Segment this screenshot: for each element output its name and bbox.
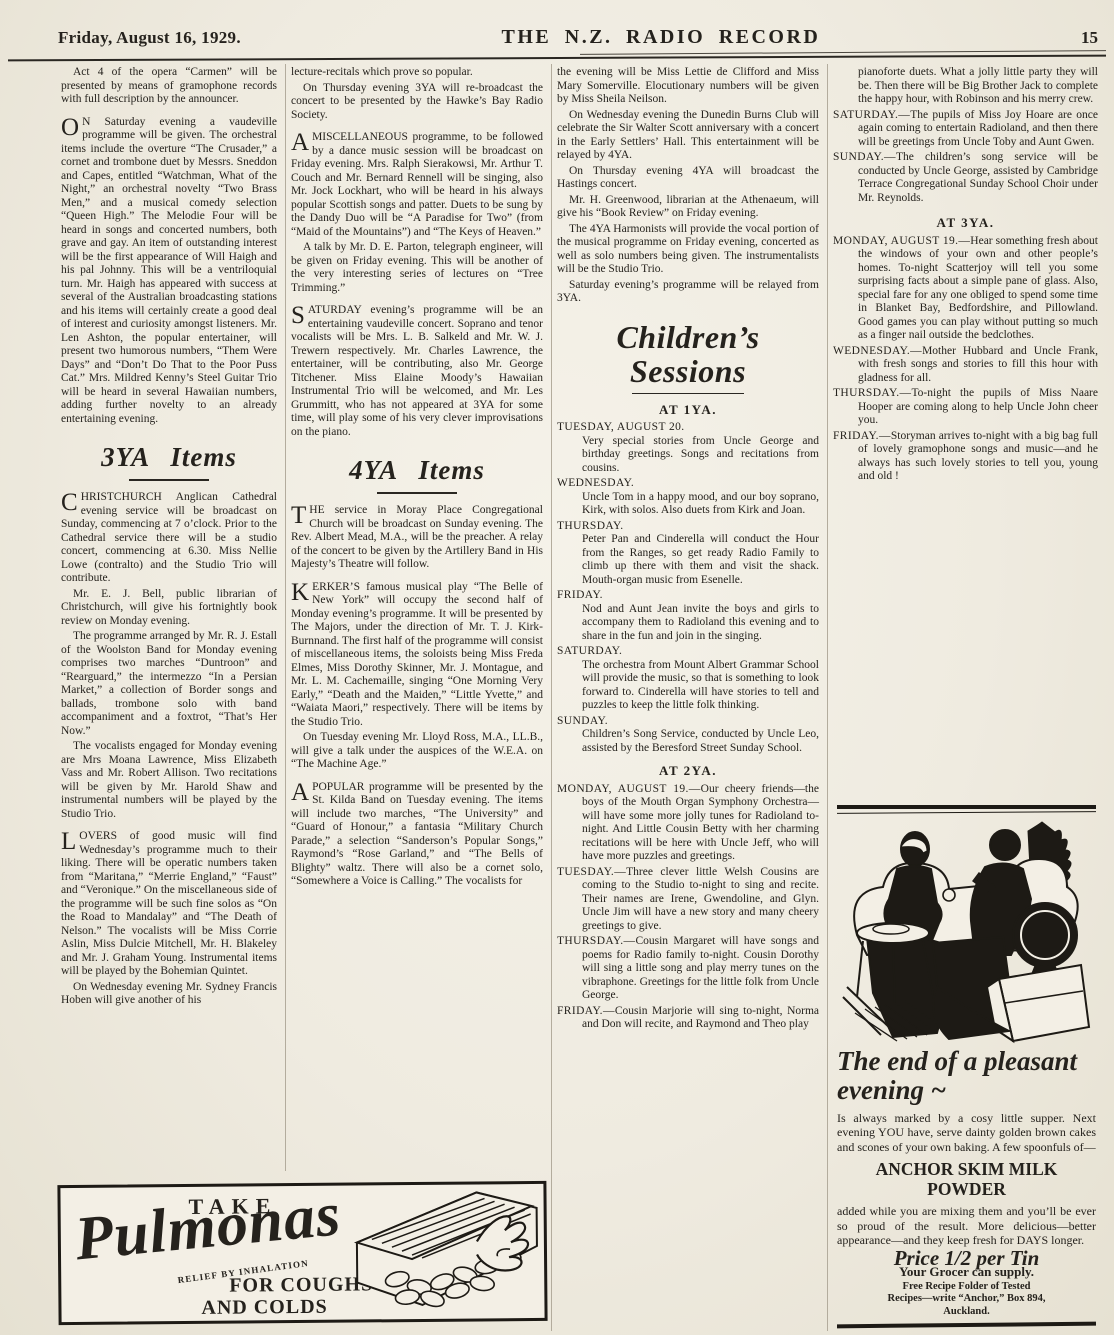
article-paragraph: A POPULAR programme will be presented by… — [291, 781, 543, 889]
article-paragraph: ON Saturday evening a vaudeville program… — [61, 116, 277, 427]
publication-title: THE N.Z. RADIO RECORD — [241, 26, 1081, 49]
session-day-label: MONDAY, AUGUST 19.— — [557, 783, 701, 795]
paragraph-text: ERKER’S famous musical play “The Belle o… — [291, 581, 543, 728]
article-paragraph: On Thursday evening 4YA will broadcast t… — [557, 165, 819, 192]
section-heading-3ya: 3YA Items — [61, 442, 277, 472]
session-text: Hear something fresh about the windows o… — [858, 235, 1098, 342]
article-paragraph: LOVERS of good music will find Wednesday… — [61, 830, 277, 979]
section-heading-4ya: 4YA Items — [291, 455, 543, 485]
childrens-sessions-heading: Children’s Sessions — [557, 320, 819, 388]
session-day-label: TUESDAY.— — [557, 866, 626, 878]
heading-rule — [632, 393, 744, 394]
article-paragraph: On Wednesday evening the Dunedin Burns C… — [557, 109, 819, 163]
article-paragraph: On Thursday evening 3YA will re-broadcas… — [291, 82, 543, 123]
anchor-price: Price 1/2 per Tin — [837, 1252, 1096, 1266]
session-day-label: WEDNESDAY.— — [833, 345, 922, 357]
session-entry: TUESDAY, AUGUST 20.Very special stories … — [557, 421, 819, 475]
session-entry: WEDNESDAY.—Mother Hubbard and Uncle Fran… — [833, 345, 1098, 386]
paragraph-text: MISCELLANEOUS programme, to be followed … — [291, 131, 543, 238]
session-entry: SUNDAY.Children’s Song Service, conducte… — [557, 715, 819, 756]
session-entry: THURSDAY.Peter Pan and Cinderella will c… — [557, 520, 819, 588]
paragraph-text: POPULAR programme will be presented by t… — [291, 781, 543, 888]
article-paragraph: Mr. E. J. Bell, public librarian of Chri… — [61, 588, 277, 629]
drop-cap: C — [61, 491, 81, 513]
session-entry: SUNDAY.—The children’s song service will… — [833, 151, 1098, 205]
session-entry: MONDAY, AUGUST 19.—Hear something fresh … — [833, 235, 1098, 343]
column-1: Act 4 of the opera “Carmen” will be pres… — [56, 64, 286, 1171]
article-paragraph: SATURDAY evening’s programme will be an … — [291, 304, 543, 439]
column-2: lecture-recitals which prove so popular.… — [286, 64, 551, 1171]
page-number: 15 — [1081, 28, 1098, 48]
anchor-grocer-line: Your Grocer can supply. — [837, 1265, 1096, 1279]
anchor-body-copy: added while you are mixing them and you’… — [837, 1204, 1096, 1248]
article-paragraph: On Tuesday evening Mr. Lloyd Ross, M.A.,… — [291, 731, 543, 772]
paragraph-text: ATURDAY evening’s programme will be an e… — [291, 304, 543, 438]
session-entry: THURSDAY.—To-night the pupils of Miss Na… — [833, 387, 1098, 428]
session-day-label: FRIDAY.— — [833, 430, 891, 442]
page-header: Friday, August 16, 1929. THE N.Z. RADIO … — [58, 26, 1098, 49]
session-text: Uncle Tom in a happy mood, and our boy s… — [582, 491, 819, 517]
article-paragraph: A talk by Mr. D. E. Parton, telegraph en… — [291, 241, 543, 295]
advert-rule — [837, 811, 1096, 814]
column-3: the evening will be Miss Lettie de Cliff… — [552, 64, 828, 1331]
session-text: Storyman arrives to-night with a big bag… — [858, 430, 1098, 483]
session-text: Children’s Song Service, conducted by Un… — [582, 728, 819, 754]
drop-cap: S — [291, 304, 308, 326]
session-day-label: TUESDAY, AUGUST 20. — [557, 421, 819, 435]
article-paragraph: Act 4 of the opera “Carmen” will be pres… — [61, 66, 277, 107]
advert-rule — [837, 805, 1096, 809]
session-entry: SATURDAY.—The pupils of Miss Joy Hoare a… — [833, 109, 1098, 150]
anchor-footer-line2: Recipes—write “Anchor,” Box 894, — [888, 1293, 1046, 1304]
article-paragraph: On Wednesday evening Mr. Sydney Francis … — [61, 981, 277, 1008]
session-entry: WEDNESDAY.Uncle Tom in a happy mood, and… — [557, 477, 819, 518]
session-day-label: THURSDAY.— — [833, 387, 911, 399]
article-paragraph: THE service in Moray Place Congregationa… — [291, 504, 543, 572]
anchor-footer-line3: Auckland. — [943, 1306, 989, 1317]
drop-cap: K — [291, 581, 312, 603]
anchor-product-name: ANCHOR SKIM MILK POWDER — [851, 1159, 1082, 1199]
anchor-footer-line1: Free Recipe Folder of Tested — [903, 1281, 1031, 1292]
session-day-label: THURSDAY.— — [557, 935, 635, 947]
article-paragraph: The vocalists engaged for Monday evening… — [61, 740, 277, 821]
drop-cap: O — [61, 116, 82, 138]
anchor-headline: The end of a pleasant evening ~ — [837, 1047, 1096, 1105]
session-day-label: FRIDAY.— — [557, 1005, 615, 1017]
session-entry: FRIDAY.Nod and Aunt Jean invite the boys… — [557, 589, 819, 643]
article-paragraph: KERKER’S famous musical play “The Belle … — [291, 581, 543, 730]
pulmonas-line2: AND COLDS — [201, 1296, 327, 1320]
article-paragraph: Saturday evening’s programme will be rel… — [557, 279, 819, 306]
subheading-at-2ya: AT 2YA. — [557, 764, 819, 778]
paragraph-text: OVERS of good music will find Wednesday’… — [61, 830, 277, 977]
column-4: pianoforte duets. What a jolly little pa… — [828, 64, 1106, 1331]
left-column-pair: Act 4 of the opera “Carmen” will be pres… — [56, 64, 552, 1331]
header-rule — [8, 55, 1106, 62]
session-text: The orchestra from Mount Albert Grammar … — [582, 659, 819, 712]
anchor-body-copy: Is always marked by a cosy little supper… — [837, 1111, 1096, 1155]
session-day-label: SATURDAY. — [557, 645, 819, 659]
anchor-ad-illustration — [837, 817, 1105, 1045]
left-columns: Act 4 of the opera “Carmen” will be pres… — [56, 64, 551, 1171]
article-paragraph: CHRISTCHURCH Anglican Cathedral evening … — [61, 491, 277, 586]
article-paragraph: A MISCELLANEOUS programme, to be followe… — [291, 131, 543, 239]
pulmonas-tin-illustration — [326, 1186, 542, 1318]
anchor-footer: Free Recipe Folder of Tested Recipes—wri… — [837, 1281, 1096, 1319]
session-text: Very special stories from Uncle George a… — [582, 435, 819, 474]
anchor-headline-line1: The end of a pleasant — [837, 1046, 1077, 1076]
issue-date: Friday, August 16, 1929. — [58, 28, 241, 48]
session-day-label: SUNDAY. — [557, 715, 819, 729]
session-entry: TUESDAY.—Three clever little Welsh Cousi… — [557, 866, 819, 934]
session-day-label: THURSDAY. — [557, 520, 819, 534]
drop-cap: A — [291, 781, 312, 803]
session-entry: FRIDAY.—Cousin Marjorie will sing to-nig… — [557, 1005, 819, 1032]
subheading-at-1ya: AT 1YA. — [557, 403, 819, 417]
session-day-label: MONDAY, AUGUST 19.— — [833, 235, 970, 247]
session-entry: THURSDAY.—Cousin Margaret will have song… — [557, 935, 819, 1003]
drop-cap: L — [61, 830, 79, 852]
session-day-label: SUNDAY.— — [833, 151, 896, 163]
subheading-at-3ya: AT 3YA. — [833, 216, 1098, 230]
heading-rule — [377, 492, 457, 494]
session-day-label: FRIDAY. — [557, 589, 819, 603]
session-day-label: SATURDAY.— — [833, 109, 910, 121]
pulmonas-advert: TAKE Pulmonas RELIEF BY INHALATION FOR C… — [57, 1181, 547, 1325]
newspaper-page: Friday, August 16, 1929. THE N.Z. RADIO … — [0, 0, 1114, 1335]
drop-cap: T — [291, 504, 309, 526]
article-paragraph: lecture-recitals which prove so popular. — [291, 66, 543, 80]
session-text: Nod and Aunt Jean invite the boys and gi… — [582, 603, 819, 642]
heading-rule — [129, 479, 209, 481]
article-paragraph: The programme arranged by Mr. R. J. Esta… — [61, 630, 277, 738]
session-entry: MONDAY, AUGUST 19.—Our cheery friends—th… — [557, 783, 819, 864]
paragraph-text: HRISTCHURCH Anglican Cathedral evening s… — [61, 491, 277, 584]
anchor-headline-line2: evening ~ — [837, 1075, 946, 1105]
paragraph-text: HE service in Moray Place Congregational… — [291, 504, 543, 570]
anchor-advert: The end of a pleasant evening ~ Is alway… — [833, 805, 1098, 1332]
session-day-label: WEDNESDAY. — [557, 477, 819, 491]
column-layout: Act 4 of the opera “Carmen” will be pres… — [56, 64, 1106, 1331]
session-entry: SATURDAY.The orchestra from Mount Albert… — [557, 645, 819, 713]
advert-rule — [837, 1322, 1096, 1329]
session-text: Cousin Marjorie will sing to-night, Norm… — [582, 1005, 819, 1031]
paragraph-text: N Saturday evening a vaudeville programm… — [61, 116, 277, 425]
article-paragraph: The 4YA Harmonists will provide the voca… — [557, 223, 819, 277]
session-entry: FRIDAY.—Storyman arrives to-night with a… — [833, 430, 1098, 484]
session-entry-continuation: pianoforte duets. What a jolly little pa… — [833, 66, 1098, 107]
pulmonas-brand-script: Pulmonas — [73, 1184, 344, 1269]
article-paragraph: Mr. H. Greenwood, librarian at the Athen… — [557, 194, 819, 221]
drop-cap: A — [291, 131, 312, 153]
session-text: Peter Pan and Cinderella will conduct th… — [582, 533, 819, 586]
article-paragraph: the evening will be Miss Lettie de Cliff… — [557, 66, 819, 107]
